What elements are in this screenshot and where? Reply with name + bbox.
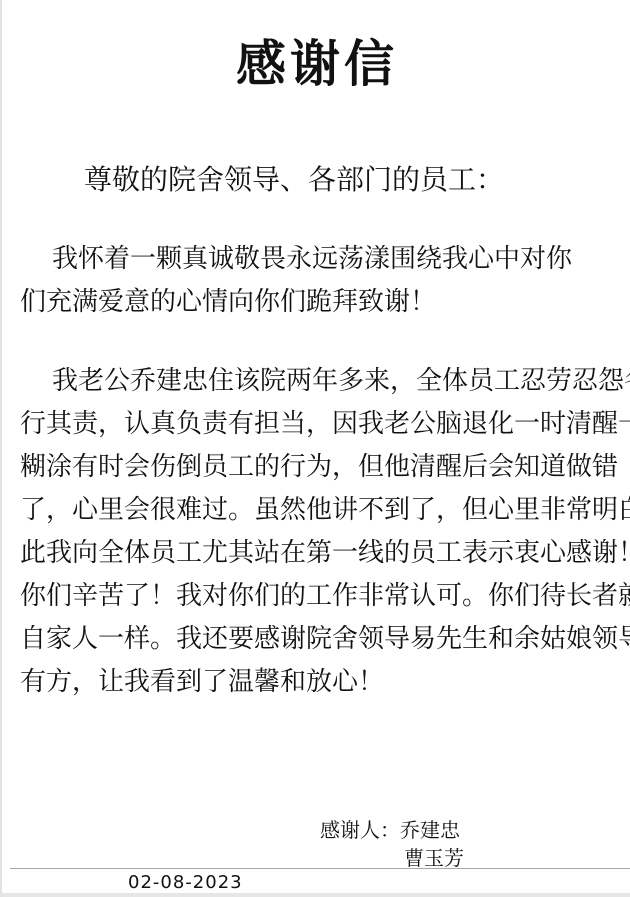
paragraph-line: 我怀着一颗真诚敬畏永远荡漾围绕我心中对你 (20, 238, 620, 281)
paragraph-2: 我老公乔建忠住该院两年多来，全体员工忍劳忍怨各 行其责，认真负责有担当，因我老公… (20, 360, 620, 704)
salutation: 尊敬的院舍领导、各部门的员工： (84, 160, 504, 200)
paragraph-line: 有方，让我看到了温馨和放心！ (20, 661, 620, 704)
letter-page: 感谢信 尊敬的院舍领导、各部门的员工： 我怀着一颗真诚敬畏永远荡漾围绕我心中对你… (0, 0, 630, 897)
paragraph-line: 行其责，认真负责有担当，因我老公脑退化一时清醒一时 (20, 403, 620, 446)
signer-name: 曹玉芳 (404, 846, 464, 870)
footer-divider (10, 868, 630, 869)
signature-block: 感谢人：乔建忠 曹玉芳 (320, 816, 464, 872)
paragraph-line: 此我向全体员工尤其站在第一线的员工表示衷心感谢！ (20, 532, 620, 575)
paragraph-1: 我怀着一颗真诚敬畏永远荡漾围绕我心中对你 们充满爱意的心情向你们跪拜致谢！ (20, 238, 620, 324)
page-edge (2, 893, 630, 897)
letter-title: 感谢信 (2, 34, 630, 94)
paragraph-line: 糊涂有时会伤倒员工的行为，但他清醒后会知道做错 (20, 446, 620, 489)
paragraph-line: 了，心里会很难过。虽然他讲不到了，但心里非常明白，在 (20, 489, 620, 532)
letter-date: 02-08-2023 (128, 872, 243, 894)
signature-label: 感谢人： (320, 818, 400, 842)
paragraph-line: 自家人一样。我还要感谢院舍领导易先生和余姑娘领导和教育 (20, 618, 620, 661)
signer-name: 乔建忠 (400, 818, 460, 842)
paragraph-line: 你们辛苦了！我对你们的工作非常认可。你们待长者就像待 (20, 575, 620, 618)
paragraph-line: 们充满爱意的心情向你们跪拜致谢！ (20, 281, 620, 324)
paragraph-line: 我老公乔建忠住该院两年多来，全体员工忍劳忍怨各 (20, 360, 620, 403)
